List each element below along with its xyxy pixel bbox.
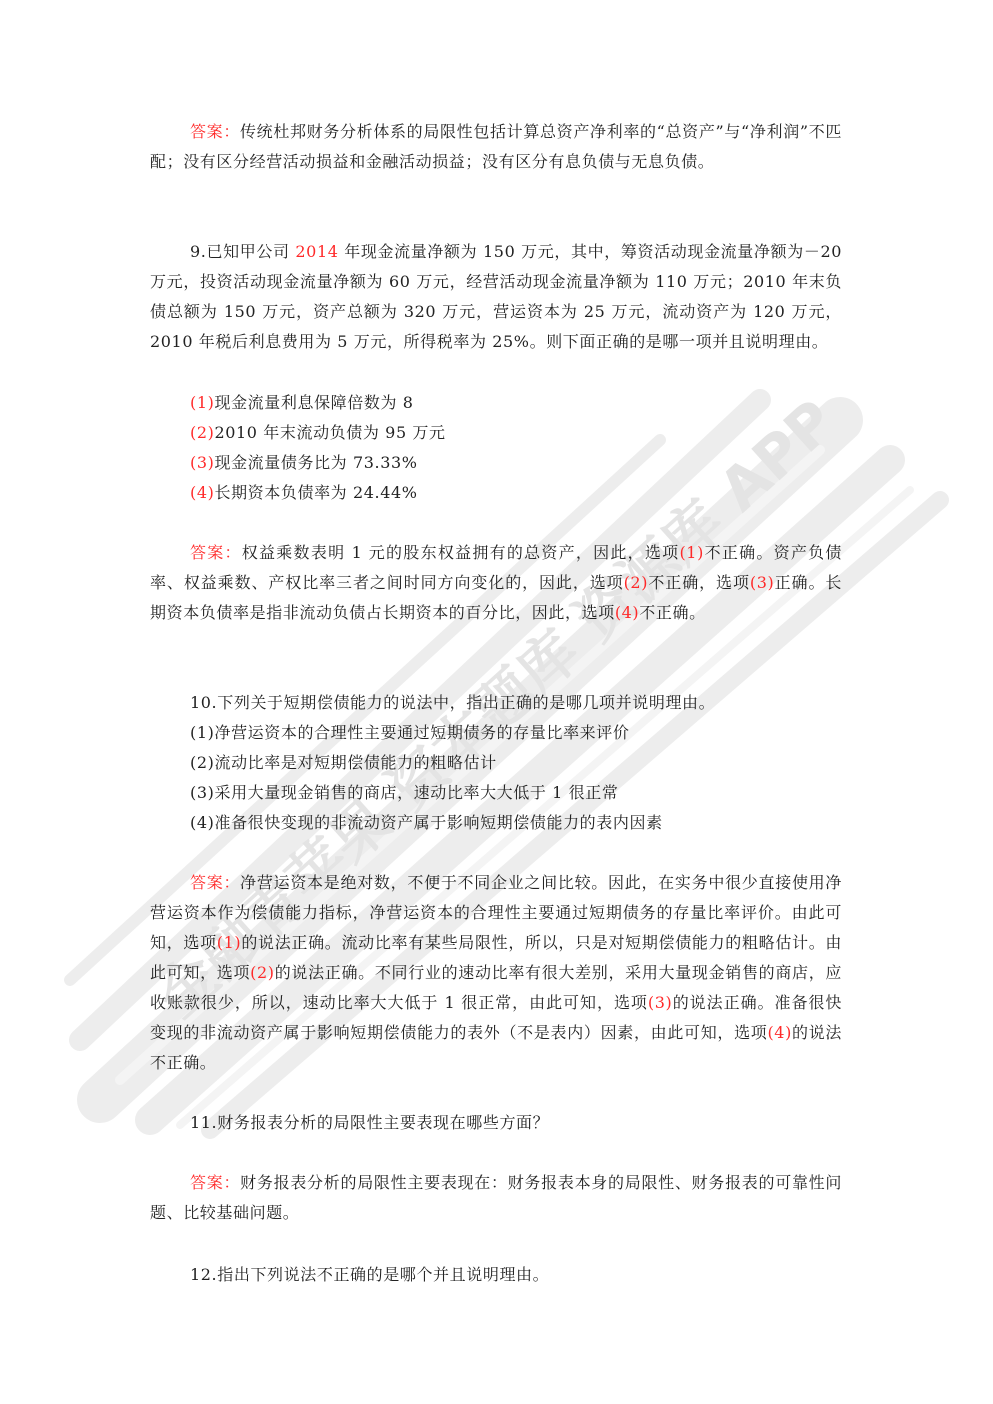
option-item: (3)采用大量现金销售的商店，速动比率大大低于 1 很正常 [150,778,842,808]
answer-text: 传统杜邦财务分析体系的局限性包括计算总资产净利率的“总资产”与“净利润”不匹配；… [150,122,842,171]
answer-text: 不正确。 [639,603,705,622]
option-number: (4) [190,483,214,502]
answer-label: 答案： [190,873,240,892]
option-ref: (3) [750,573,774,592]
option-ref: (2) [250,963,274,982]
question-12: 12.指出下列说法不正确的是哪个并且说明理由。 [150,1260,842,1290]
option-ref: (1) [679,543,703,562]
option-number: (2) [190,423,214,442]
option-number: (1) [190,393,214,412]
answer-text: 不正确，选项 [648,573,750,592]
answer-text: 财务报表分析的局限性主要表现在：财务报表本身的局限性、财务报表的可靠性问题、比较… [150,1173,842,1222]
option-ref: (4) [767,1023,791,1042]
question-11: 11.财务报表分析的局限性主要表现在哪些方面？ [150,1108,842,1138]
option-text: 长期资本负债率为 24.44% [214,483,417,502]
option-ref: (4) [615,603,639,622]
answer-block-q11: 答案：财务报表分析的局限性主要表现在：财务报表本身的局限性、财务报表的可靠性问题… [150,1168,842,1228]
option-text: 现金流量债务比为 73.33% [214,453,417,472]
option-item: (4)准备很快变现的非流动资产属于影响短期偿债能力的表内因素 [150,808,842,838]
answer-block-q10: 答案：净营运资本是绝对数，不便于不同企业之间比较。因此，在实务中很少直接使用净营… [150,868,842,1078]
question-10: 10.下列关于短期偿债能力的说法中，指出正确的是哪几项并说明理由。 (1)净营运… [150,688,842,838]
option-item: (2)流动比率是对短期偿债能力的粗略估计 [150,748,842,778]
question-title: 10.下列关于短期偿债能力的说法中，指出正确的是哪几项并说明理由。 [150,688,842,718]
option-item: (1)现金流量利息保障倍数为 8 [150,388,842,418]
option-text: 2010 年末流动负债为 95 万元 [214,423,445,442]
answer-label: 答案： [190,543,242,562]
answer-label: 答案： [190,1173,240,1192]
question-text-pre: 已知甲公司 [206,242,295,261]
answer-block-q9: 答案：权益乘数表明 1 元的股东权益拥有的总资产，因此，选项(1)不正确。资产负… [150,538,842,628]
question-number: 9. [190,242,206,261]
answer-label: 答案： [190,122,240,141]
option-item: (1)净营运资本的合理性主要通过短期债务的存量比率来评价 [150,718,842,748]
option-item: (4)长期资本负债率为 24.44% [150,478,842,508]
option-number: (3) [190,453,214,472]
option-ref: (1) [217,933,241,952]
option-item: (2)2010 年末流动负债为 95 万元 [150,418,842,448]
question-9-options: (1)现金流量利息保障倍数为 8 (2)2010 年末流动负债为 95 万元 (… [150,388,842,508]
option-ref: (3) [648,993,672,1012]
answer-block-q8: 答案：传统杜邦财务分析体系的局限性包括计算总资产净利率的“总资产”与“净利润”不… [150,117,842,177]
highlight-year: 2014 [295,242,338,261]
option-text: 现金流量利息保障倍数为 8 [214,393,413,412]
question-9: 9.已知甲公司 2014 年现金流量净额为 150 万元，其中，筹资活动现金流量… [150,237,842,357]
option-item: (3)现金流量债务比为 73.33% [150,448,842,478]
option-ref: (2) [624,573,648,592]
answer-text: 权益乘数表明 1 元的股东权益拥有的总资产，因此，选项 [242,543,680,562]
